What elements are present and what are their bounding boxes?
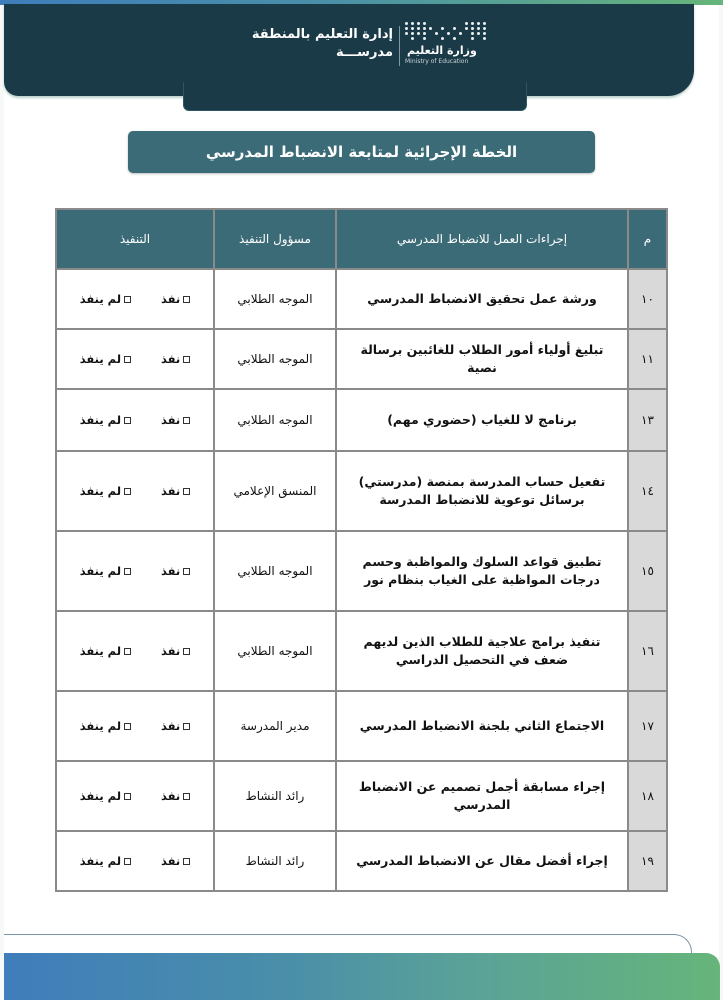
checkbox-icon[interactable] [124, 356, 131, 363]
owner-cell: المنسق الإعلامي [214, 451, 336, 531]
action-cell: الاجتماع الثاني بلجنة الانضباط المدرسي [336, 691, 628, 761]
done-label: نفذ [161, 484, 180, 498]
not-done-checkbox[interactable]: لم ينفذ [80, 564, 131, 578]
done-label: نفذ [161, 413, 180, 427]
action-cell: إجراء أفضل مقال عن الانضباط المدرسي [336, 831, 628, 891]
row-number: ١٩ [628, 831, 667, 891]
row-number: ١٤ [628, 451, 667, 531]
done-label: نفذ [161, 854, 180, 868]
checkbox-icon[interactable] [124, 648, 131, 655]
owner-cell: مدير المدرسة [214, 691, 336, 761]
not-done-checkbox[interactable]: لم ينفذ [80, 854, 131, 868]
not-done-checkbox[interactable]: لم ينفذ [80, 352, 131, 366]
done-label: نفذ [161, 292, 180, 306]
column-header-owner: مسؤول التنفيذ [214, 209, 336, 269]
checkbox-icon[interactable] [124, 296, 131, 303]
ministry-logo: وزارة التعليم Ministry of Education [405, 22, 505, 72]
not-done-label: لم ينفذ [80, 484, 121, 498]
not-done-label: لم ينفذ [80, 789, 121, 803]
school-name: مدرســـة [252, 44, 393, 62]
checkbox-icon[interactable] [183, 793, 190, 800]
action-cell: تبليغ أولياء أمور الطلاب للغائبين برسالة… [336, 329, 628, 389]
row-number: ١٥ [628, 531, 667, 611]
not-done-label: لم ينفذ [80, 413, 121, 427]
row-number: ١٨ [628, 761, 667, 831]
done-label: نفذ [161, 564, 180, 578]
checkbox-icon[interactable] [124, 417, 131, 424]
row-number: ١٠ [628, 269, 667, 329]
checkbox-icon[interactable] [124, 793, 131, 800]
table-row: ١٤تفعيل حساب المدرسة بمنصة (مدرستي) برسا… [56, 451, 667, 531]
row-number: ١١ [628, 329, 667, 389]
checkbox-icon[interactable] [124, 488, 131, 495]
not-done-label: لم ينفذ [80, 352, 121, 366]
owner-cell: الموجه الطلابي [214, 611, 336, 691]
action-cell: تنفيذ برامج علاجية للطلاب الذين لديهم ضع… [336, 611, 628, 691]
not-done-checkbox[interactable]: لم ينفذ [80, 719, 131, 733]
checkbox-icon[interactable] [183, 648, 190, 655]
not-done-checkbox[interactable]: لم ينفذ [80, 413, 131, 427]
not-done-label: لم ينفذ [80, 292, 121, 306]
owner-cell: الموجه الطلابي [214, 531, 336, 611]
not-done-label: لم ينفذ [80, 719, 121, 733]
done-checkbox[interactable]: نفذ [161, 413, 190, 427]
execution-cell: نفذلم ينفذ [56, 761, 214, 831]
table-row: ١٧الاجتماع الثاني بلجنة الانضباط المدرسي… [56, 691, 667, 761]
table-row: ١٩إجراء أفضل مقال عن الانضباط المدرسيرائ… [56, 831, 667, 891]
done-checkbox[interactable]: نفذ [161, 854, 190, 868]
done-checkbox[interactable]: نفذ [161, 292, 190, 306]
checkbox-icon[interactable] [183, 488, 190, 495]
owner-cell: الموجه الطلابي [214, 329, 336, 389]
execution-cell: نفذلم ينفذ [56, 531, 214, 611]
done-checkbox[interactable]: نفذ [161, 484, 190, 498]
region-school-label: إدارة التعليم بالمنطقة مدرســـة [252, 26, 393, 62]
execution-cell: نفذلم ينفذ [56, 269, 214, 329]
execution-cell: نفذلم ينفذ [56, 389, 214, 451]
checkbox-icon[interactable] [183, 568, 190, 575]
header-tab [183, 82, 527, 111]
region-name: إدارة التعليم بالمنطقة [252, 26, 393, 44]
table-header-row: م إجراءات العمل للانضباط المدرسي مسؤول ا… [56, 209, 667, 269]
logo-english-name: Ministry of Education [405, 58, 505, 65]
not-done-checkbox[interactable]: لم ينفذ [80, 292, 131, 306]
column-header-execution: التنفيذ [56, 209, 214, 269]
checkbox-icon[interactable] [183, 356, 190, 363]
column-header-num: م [628, 209, 667, 269]
table-row: ١٠ورشة عمل تحقيق الانضباط المدرسيالموجه … [56, 269, 667, 329]
logo-divider [399, 26, 400, 66]
not-done-label: لم ينفذ [80, 564, 121, 578]
execution-cell: نفذلم ينفذ [56, 831, 214, 891]
owner-cell: الموجه الطلابي [214, 269, 336, 329]
not-done-label: لم ينفذ [80, 644, 121, 658]
execution-cell: نفذلم ينفذ [56, 451, 214, 531]
done-label: نفذ [161, 789, 180, 803]
checkbox-icon[interactable] [183, 858, 190, 865]
not-done-checkbox[interactable]: لم ينفذ [80, 644, 131, 658]
checkbox-icon[interactable] [183, 296, 190, 303]
done-checkbox[interactable]: نفذ [161, 789, 190, 803]
ministry-dots-logo-icon [405, 22, 505, 41]
owner-cell: الموجه الطلابي [214, 389, 336, 451]
checkbox-icon[interactable] [124, 858, 131, 865]
checkbox-icon[interactable] [124, 723, 131, 730]
table-row: ١١تبليغ أولياء أمور الطلاب للغائبين برسا… [56, 329, 667, 389]
action-cell: برنامج لا للغياب (حضوري مهم) [336, 389, 628, 451]
owner-cell: رائد النشاط [214, 761, 336, 831]
done-label: نفذ [161, 644, 180, 658]
page-title: الخطة الإجرائية لمتابعة الانضباط المدرسي [128, 131, 595, 173]
done-checkbox[interactable]: نفذ [161, 719, 190, 733]
execution-cell: نفذلم ينفذ [56, 691, 214, 761]
done-label: نفذ [161, 719, 180, 733]
table-row: ١٦تنفيذ برامج علاجية للطلاب الذين لديهم … [56, 611, 667, 691]
table-row: ١٣برنامج لا للغياب (حضوري مهم)الموجه الط… [56, 389, 667, 451]
row-number: ١٦ [628, 611, 667, 691]
action-cell: إجراء مسابقة أجمل تصميم عن الانضباط المد… [336, 761, 628, 831]
table-row: ١٨إجراء مسابقة أجمل تصميم عن الانضباط ال… [56, 761, 667, 831]
done-label: نفذ [161, 352, 180, 366]
not-done-checkbox[interactable]: لم ينفذ [80, 789, 131, 803]
checkbox-icon[interactable] [124, 568, 131, 575]
action-cell: تطبيق قواعد السلوك والمواظبة وحسم درجات … [336, 531, 628, 611]
column-header-action: إجراءات العمل للانضباط المدرسي [336, 209, 628, 269]
done-checkbox[interactable]: نفذ [161, 352, 190, 366]
done-checkbox[interactable]: نفذ [161, 644, 190, 658]
action-cell: ورشة عمل تحقيق الانضباط المدرسي [336, 269, 628, 329]
execution-cell: نفذلم ينفذ [56, 329, 214, 389]
owner-cell: رائد النشاط [214, 831, 336, 891]
action-cell: تفعيل حساب المدرسة بمنصة (مدرستي) برسائل… [336, 451, 628, 531]
row-number: ١٣ [628, 389, 667, 451]
checkbox-icon[interactable] [183, 723, 190, 730]
row-number: ١٧ [628, 691, 667, 761]
execution-cell: نفذلم ينفذ [56, 611, 214, 691]
footer-gradient-band [4, 953, 720, 1000]
not-done-label: لم ينفذ [80, 854, 121, 868]
discipline-plan-table: م إجراءات العمل للانضباط المدرسي مسؤول ا… [55, 208, 668, 892]
checkbox-icon[interactable] [183, 417, 190, 424]
logo-arabic-name: وزارة التعليم [405, 44, 505, 57]
table-row: ١٥تطبيق قواعد السلوك والمواظبة وحسم درجا… [56, 531, 667, 611]
not-done-checkbox[interactable]: لم ينفذ [80, 484, 131, 498]
done-checkbox[interactable]: نفذ [161, 564, 190, 578]
